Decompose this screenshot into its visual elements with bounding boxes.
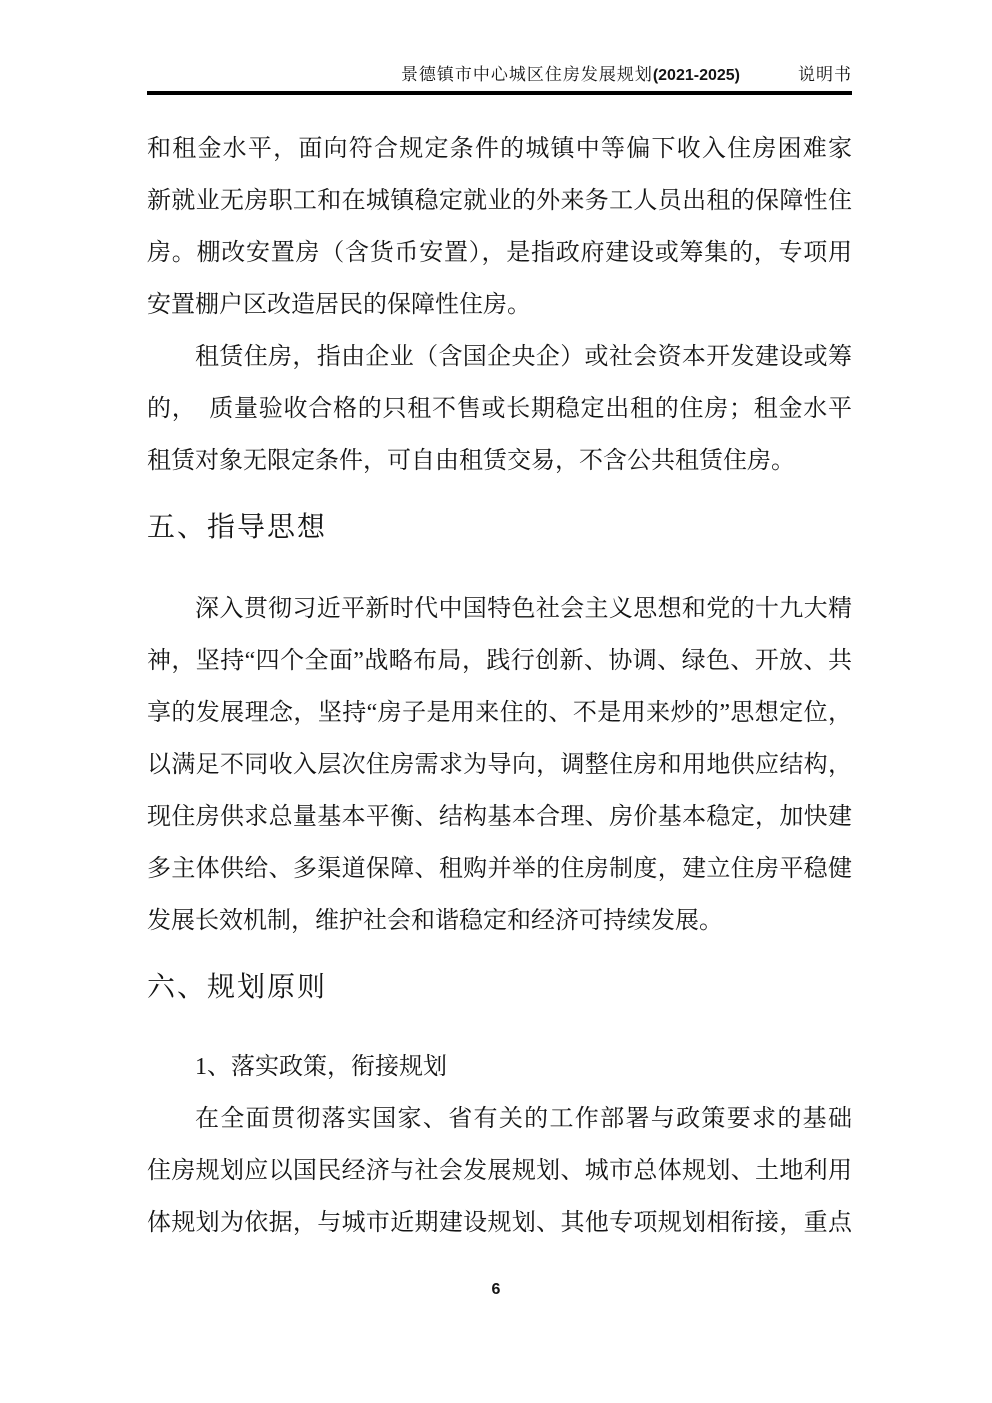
document-page: 景德镇市中心城区住房发展规划(2021-2025) 说明书 和租金水平，面向符合… <box>0 0 992 1403</box>
header-title-years: (2021-2025) <box>653 67 740 84</box>
section-heading-five: 五、指导思想 <box>147 511 852 545</box>
text-line: 房。棚改安置房（含货币安置），是指政府建设或筹集的，专项用于 <box>147 227 852 279</box>
text-line: 新就业无房职工和在城镇稳定就业的外来务工人员出租的保障性住 <box>147 175 852 227</box>
text-line: 安置棚户区改造居民的保障性住房。 <box>147 279 852 331</box>
text-line: 享的发展理念，坚持“房子是用来住的、不是用来炒的”思想定位， <box>147 687 852 739</box>
header-rule <box>147 91 852 95</box>
text-line: 租赁对象无限定条件，可自由租赁交易，不含公共租赁住房。 <box>147 435 852 487</box>
section-heading-six: 六、规划原则 <box>147 971 852 1005</box>
page-number: 6 <box>0 1281 992 1299</box>
text-line: 租赁住房，指由企业（含国企央企）或社会资本开发建设或筹集 <box>147 331 852 383</box>
header-title: 景德镇市中心城区住房发展规划(2021-2025) <box>401 63 740 88</box>
text-line: 发展长效机制，维护社会和谐稳定和经济可持续发展。 <box>147 895 852 947</box>
text-line: 体规划为依据，与城市近期建设规划、其他专项规划相衔接，重点突 <box>147 1197 852 1249</box>
header-title-cn: 景德镇市中心城区住房发展规划 <box>401 65 653 84</box>
page-header: 景德镇市中心城区住房发展规划(2021-2025) 说明书 <box>147 63 852 88</box>
header-doc-type: 说明书 <box>798 63 852 87</box>
text-line: 和租金水平，面向符合规定条件的城镇中等偏下收入住房困难家庭、 <box>147 123 852 175</box>
paragraph-2: 租赁住房，指由企业（含国企央企）或社会资本开发建设或筹集 的， 质量验收合格的只… <box>147 331 852 487</box>
text-line: 住房规划应以国民经济与社会发展规划、城市总体规划、土地利用总 <box>147 1145 852 1197</box>
paragraph-3: 深入贯彻习近平新时代中国特色社会主义思想和党的十九大精 神，坚持“四个全面”战略… <box>147 583 852 947</box>
text-line: 的， 质量验收合格的只租不售或长期稳定出租的住房；租金水平和 <box>147 383 852 435</box>
paragraph-1: 和租金水平，面向符合规定条件的城镇中等偏下收入住房困难家庭、 新就业无房职工和在… <box>147 123 852 331</box>
sub-heading-1-block: 1、落实政策，衔接规划 <box>147 1041 852 1093</box>
text-line: 神，坚持“四个全面”战略布局，践行创新、协调、绿色、开放、共 <box>147 635 852 687</box>
text-line: 多主体供给、多渠道保障、租购并举的住房制度，建立住房平稳健康 <box>147 843 852 895</box>
text-line: 现住房供求总量基本平衡、结构基本合理、房价基本稳定，加快建立 <box>147 791 852 843</box>
text-line: 在全面贯彻落实国家、省有关的工作部署与政策要求的基础上， <box>147 1093 852 1145</box>
text-line: 以满足不同收入层次住房需求为导向，调整住房和用地供应结构，实 <box>147 739 852 791</box>
paragraph-4: 在全面贯彻落实国家、省有关的工作部署与政策要求的基础上， 住房规划应以国民经济与… <box>147 1093 852 1249</box>
sub-heading-1: 1、落实政策，衔接规划 <box>147 1041 852 1093</box>
text-line: 深入贯彻习近平新时代中国特色社会主义思想和党的十九大精 <box>147 583 852 635</box>
